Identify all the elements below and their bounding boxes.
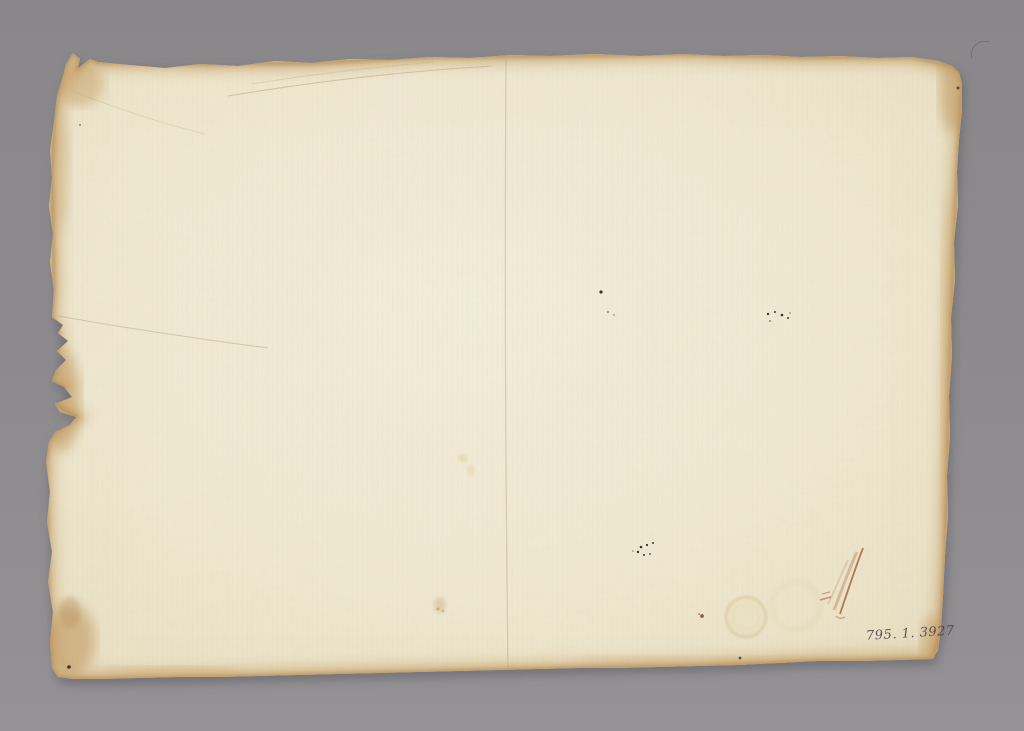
paper-sheet xyxy=(30,35,980,700)
photo-canvas: 795. 1. 3927 xyxy=(0,0,1024,731)
collection-stamp xyxy=(726,597,766,637)
stray-fiber xyxy=(971,41,990,59)
paper-artwork xyxy=(0,0,1024,731)
